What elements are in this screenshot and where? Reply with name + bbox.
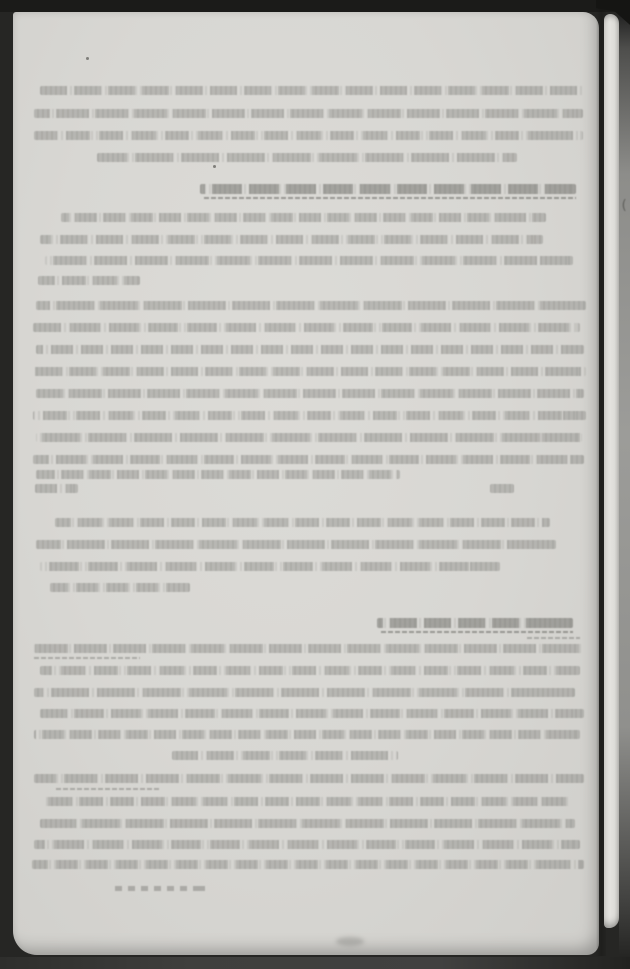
ghost-heading-line: [200, 184, 576, 194]
ghost-text-line: [36, 540, 556, 549]
ghost-text-line: [40, 666, 580, 675]
ghost-text-line: [32, 860, 584, 869]
ghost-text-line: [40, 709, 584, 718]
ghost-text-line: [172, 751, 398, 760]
paper-speck: [213, 165, 216, 168]
paper-speck: [86, 57, 89, 60]
ghost-text-line: [33, 455, 584, 464]
ghost-divider-mark: [112, 886, 208, 891]
ghost-text-line: [34, 840, 580, 849]
ghost-text-line: [490, 484, 514, 493]
ghost-text-line: [34, 644, 584, 653]
ghost-heading-line: [377, 618, 573, 628]
ghost-text-line: [33, 367, 586, 376]
ghost-text-line: [45, 797, 570, 806]
ghost-underline: [381, 631, 573, 633]
ghost-text-line: [34, 730, 580, 739]
ghost-underline: [527, 637, 580, 639]
ghost-text-line: [40, 562, 500, 571]
ghost-text-line: [34, 109, 583, 118]
ghost-underline: [56, 788, 160, 790]
ghost-text-line: [36, 301, 586, 310]
ghost-text-line: [36, 433, 582, 442]
ghost-text-line: [38, 276, 140, 285]
ghost-text-line: [40, 235, 543, 244]
show-through-text-layer: [0, 0, 630, 969]
ghost-text-line: [97, 153, 517, 162]
ghost-text-line: [36, 345, 584, 354]
ghost-text-line: [55, 518, 550, 527]
paper-smudge: [336, 937, 364, 946]
ghost-text-line: [40, 86, 583, 95]
ghost-text-line: [34, 774, 584, 783]
ghost-text-line: [35, 484, 78, 493]
scanned-page-photo: (: [0, 0, 630, 969]
next-page-edge: [604, 14, 619, 928]
ghost-text-line: [61, 213, 546, 222]
book-fore-edge: [619, 0, 630, 969]
ghost-text-line: [33, 411, 586, 420]
scanner-background-bottom: [0, 957, 630, 969]
ghost-text-line: [36, 389, 584, 398]
ghost-text-line: [45, 256, 573, 265]
ghost-text-line: [40, 819, 575, 828]
ghost-text-line: [33, 323, 580, 332]
ghost-text-line: [34, 688, 575, 697]
ghost-underline: [34, 657, 140, 659]
ghost-underline: [204, 197, 576, 199]
stray-ink-glyph: (: [620, 198, 628, 213]
ghost-text-line: [36, 470, 400, 479]
ghost-text-line: [34, 131, 583, 140]
ghost-text-line: [50, 583, 190, 592]
